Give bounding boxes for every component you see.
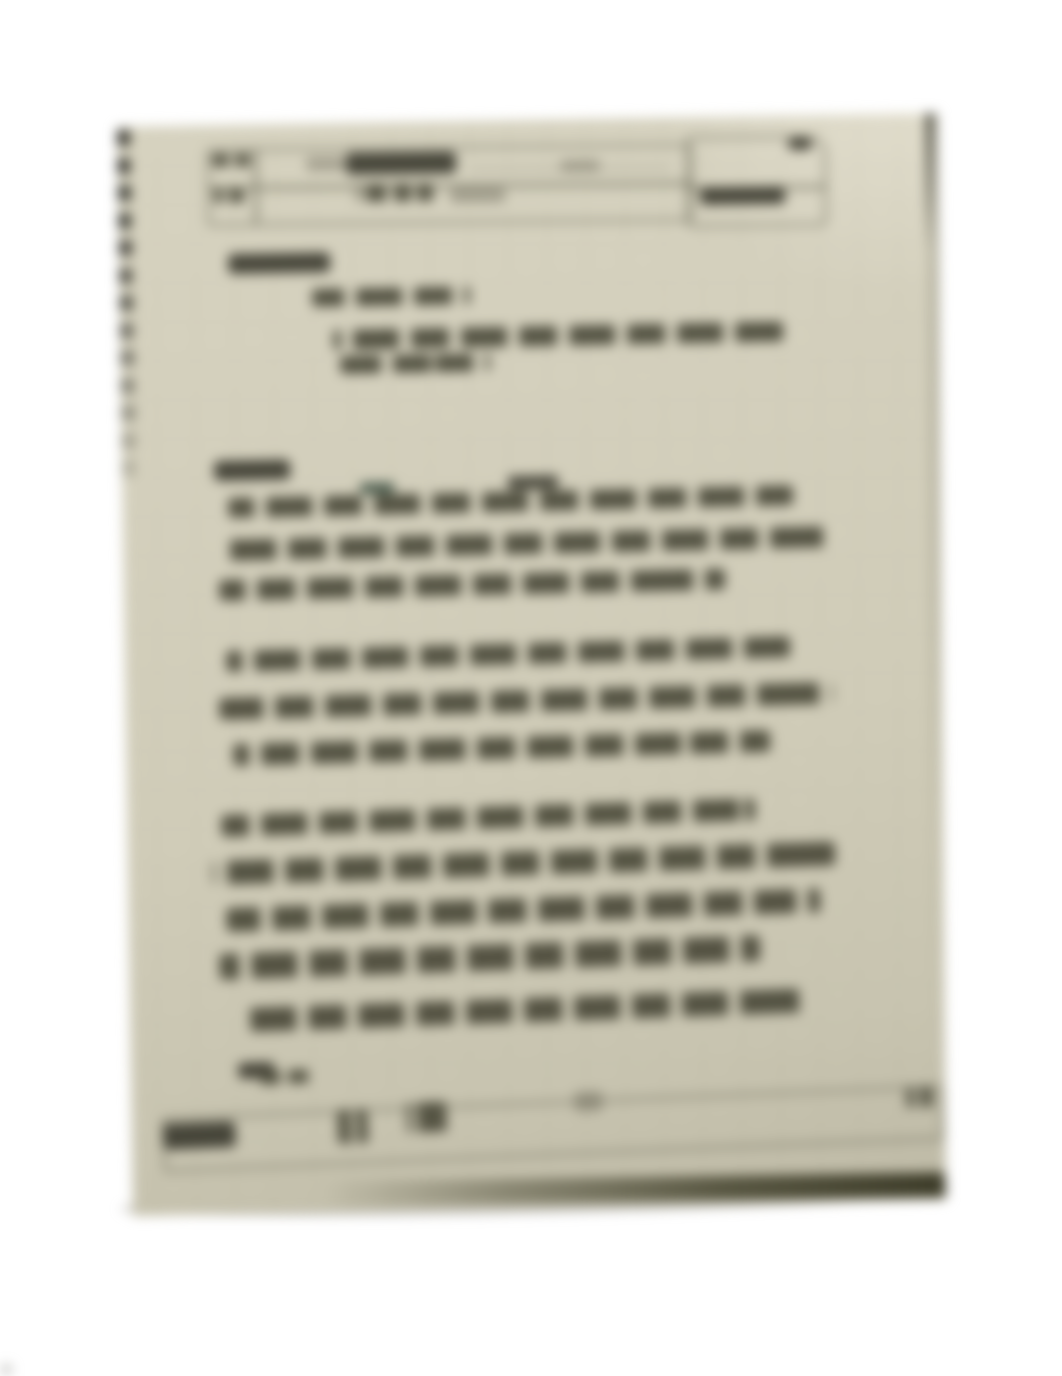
handwriting-line — [312, 286, 470, 307]
binding-stitch-mark — [120, 433, 135, 449]
header-handwriting-stroke — [788, 138, 812, 150]
notebook-page — [0, 0, 1062, 1376]
binding-stitch-mark — [115, 130, 130, 146]
binding-stitch-mark — [117, 268, 132, 284]
binding-stitch-mark — [117, 240, 132, 256]
footer-handwriting-stroke — [574, 1091, 603, 1112]
footer-handwriting-stroke — [906, 1087, 933, 1108]
header-handwriting-stroke — [450, 187, 505, 203]
handwriting-line — [508, 475, 558, 490]
header-handwriting-stroke — [306, 157, 346, 171]
binding-stitch-mark — [119, 350, 134, 366]
dust-speck — [2, 1366, 11, 1373]
binding-stitch-mark — [120, 405, 135, 421]
handwriting-line — [228, 252, 330, 274]
handwriting-line — [214, 459, 290, 481]
handwriting-line — [340, 353, 490, 374]
header-handwriting-stroke — [357, 183, 433, 202]
binding-stitch-mark — [119, 378, 134, 394]
header-handwriting-stroke — [700, 187, 785, 205]
handwriting-line — [360, 482, 394, 494]
binding-stitch-mark — [116, 213, 131, 229]
footer-handwriting-stroke — [337, 1109, 368, 1144]
binding-stitch-mark — [115, 158, 130, 174]
binding-stitch-mark — [118, 295, 133, 311]
photo-blur-layer — [0, 0, 1062, 1376]
header-table-row-divider — [209, 182, 690, 190]
binding-stitch-mark — [118, 323, 133, 339]
footer-handwriting-stroke — [163, 1121, 236, 1150]
header-handwriting-stroke — [560, 160, 600, 172]
header-handwriting-stroke — [214, 190, 244, 203]
binding-stitch-mark — [120, 460, 135, 476]
header-handwriting-stroke — [212, 154, 250, 167]
header-handwriting-stroke — [346, 151, 456, 175]
photo-canvas — [0, 0, 1062, 1376]
footer-handwriting-stroke — [406, 1101, 447, 1133]
binding-stitch-mark — [116, 185, 131, 201]
handwriting-line — [257, 1069, 311, 1085]
page-right-edge-shade — [929, 113, 946, 1063]
